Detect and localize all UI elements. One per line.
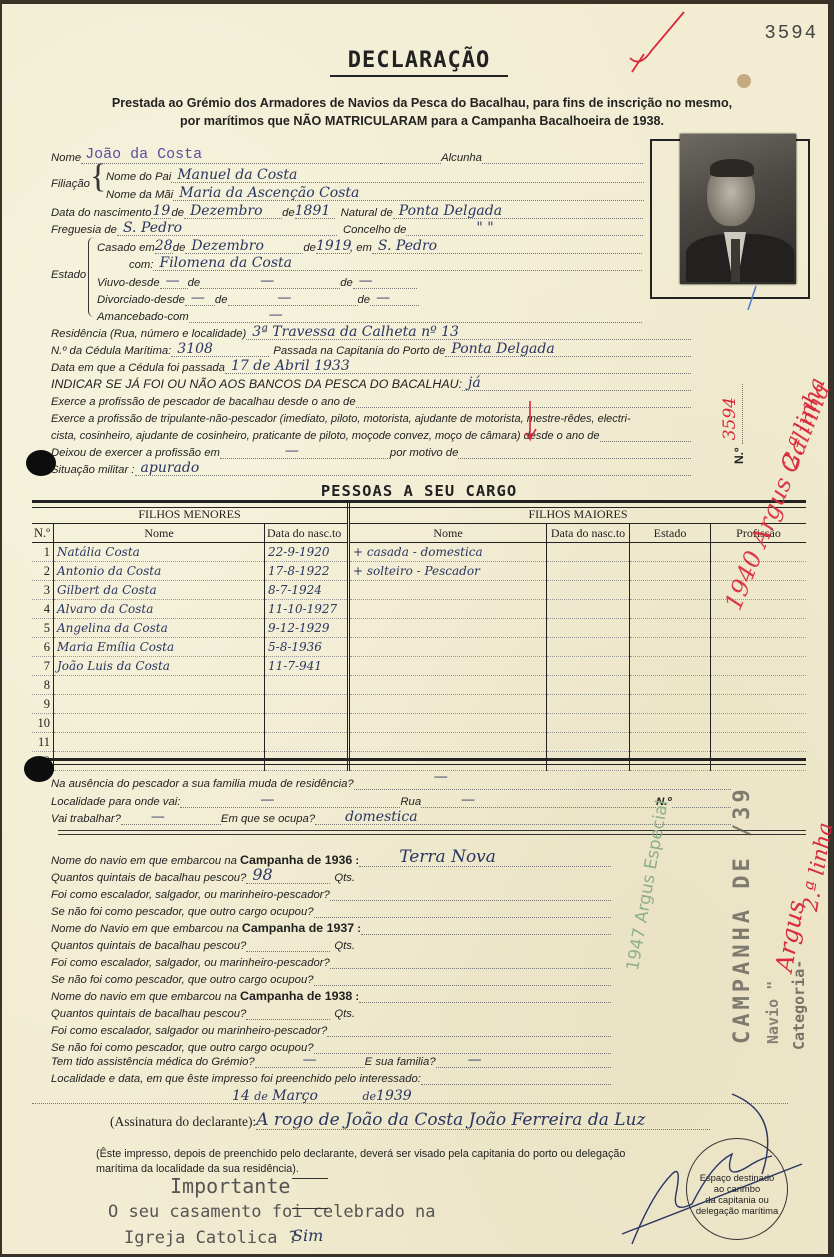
menor-nome-cell-value: Maria Emília Costa — [54, 640, 174, 654]
divorciado-ano-input[interactable]: — — [370, 291, 419, 306]
casado-local-input[interactable]: S. Pedro — [372, 239, 642, 254]
field-localidade-data: Localidade e data, em que êste impresso … — [51, 1067, 611, 1085]
row-number-value: 1 — [44, 545, 50, 559]
photo-tie — [731, 239, 740, 282]
table-bottom-rule — [32, 758, 806, 765]
side-number-field: N.º 3594 — [730, 384, 746, 464]
photo-hair — [710, 159, 754, 177]
militar-value: apurado — [141, 460, 200, 476]
filiacao-brace: { — [90, 160, 106, 194]
maior-nome-cell[interactable] — [349, 733, 547, 752]
menor-data-cell[interactable]: 11-10-1927 — [265, 600, 349, 619]
field-com: com: Filomena da Costa — [129, 253, 642, 271]
data-preenchimento-value: 14 de Março de1939 — [232, 1088, 412, 1104]
field-localidade: Localidade para onde vai: — Rua — N.º — [51, 790, 731, 808]
field-assistencia: Tem tido assistência médica do Grémio? —… — [51, 1050, 611, 1068]
green-note: 1947 Argus Especial — [624, 851, 664, 972]
official-signature-icon — [612, 1084, 812, 1254]
data-cedula-input[interactable]: 17 de Abril 1933 — [225, 359, 691, 374]
numero-input[interactable] — [672, 793, 731, 808]
col-estado: Estado — [630, 524, 711, 543]
maior-data-cell[interactable] — [547, 638, 630, 657]
passada-value: Ponta Delgada — [451, 341, 554, 357]
table-row: 4Alvaro da Costa11-10-1927 — [32, 600, 806, 619]
divorciado-dash: — — [278, 290, 292, 306]
row-number: 7 — [32, 657, 54, 676]
menor-data-cell-value: 11-7-941 — [265, 659, 322, 673]
natural-value: Ponta Delgada — [399, 203, 502, 219]
field-bancos: INDICAR SE JÁ FOI OU NÃO AOS BANCOS DA P… — [51, 373, 691, 391]
motivo-input[interactable] — [458, 444, 691, 459]
document-number: 3594 — [764, 22, 818, 44]
mae-label: Nome da Mãi — [106, 189, 173, 201]
row-number-value: 11 — [38, 735, 50, 749]
maior-nome-cell-value — [350, 735, 353, 749]
viuvo-dash: — — [359, 273, 373, 289]
row-number: 11 — [32, 733, 54, 752]
menor-nome-cell[interactable]: Antonio da Costa — [54, 562, 265, 581]
cedula-value: 3108 — [177, 341, 213, 357]
escalador-input[interactable] — [330, 954, 611, 969]
menor-data-cell[interactable] — [265, 695, 349, 714]
maior-nome-cell[interactable]: + casada - domestica — [349, 543, 547, 562]
cedula-input[interactable]: 3108 — [171, 342, 269, 357]
maior-profissao-cell[interactable] — [711, 714, 807, 733]
row-number-value: 5 — [44, 621, 50, 635]
maior-nome-cell-value: + casada - domestica — [350, 545, 483, 559]
row-number-value: 9 — [44, 697, 50, 711]
outro-cargo-input[interactable] — [314, 903, 611, 918]
menor-nome-cell-value: Natália Costa — [54, 545, 140, 559]
menor-nome-cell[interactable] — [54, 695, 265, 714]
menor-data-cell[interactable]: 17-8-1922 — [265, 562, 349, 581]
casado-ano-input[interactable]: 1919 — [316, 239, 350, 254]
campaign-quintais-row: Quantos quintais de bacalhau pescou?Qts. — [51, 934, 611, 952]
campaign-outro-row: Se não foi como pescador, que outro carg… — [51, 900, 611, 918]
maior-nome-cell[interactable] — [349, 657, 547, 676]
trabalhar-input[interactable]: — — [121, 810, 221, 825]
field-residencia: Residência (Rua, número e localidade) 3ª… — [51, 322, 691, 340]
ausencia-value: — — [434, 769, 448, 785]
maior-nome-cell-value — [350, 640, 353, 654]
ausencia-label: Na ausência do pescador a sua familia mu… — [51, 778, 354, 790]
maior-data-cell[interactable] — [547, 695, 630, 714]
trabalhar-label: Vai trabalhar? — [51, 813, 121, 825]
menor-data-cell[interactable] — [265, 714, 349, 733]
campanha-label: Campanha de 1938 — [240, 989, 352, 1003]
row-number-value: 3 — [44, 583, 50, 597]
ausencia-input[interactable]: — — [354, 775, 731, 790]
menor-data-cell-value — [265, 678, 268, 692]
table-row: 11 — [32, 733, 806, 752]
importante-title: Importante — [170, 1174, 290, 1198]
nascimento-ano-value: 1891 — [295, 203, 331, 219]
menor-data-cell-value — [265, 735, 268, 749]
table-row: 10 — [32, 714, 806, 733]
table-row: 6Maria Emília Costa5-8-1936 — [32, 638, 806, 657]
menor-nome-cell[interactable] — [54, 733, 265, 752]
instruction-note: (Êste impresso, depois de preenchido pel… — [96, 1147, 656, 1177]
col-n: N.º — [32, 524, 54, 543]
row-number: 9 — [32, 695, 54, 714]
maior-estado-cell[interactable] — [630, 581, 711, 600]
campaign-escalador-row: Foi como escalador, salgador, ou marinhe… — [51, 883, 611, 901]
rua-input[interactable]: — — [421, 793, 656, 808]
menor-data-cell-value — [265, 716, 268, 730]
menor-data-cell[interactable]: 11-7-941 — [265, 657, 349, 676]
bancos-label: INDICAR SE JÁ FOI OU NÃO AOS BANCOS DA P… — [51, 377, 462, 391]
nascimento-ano-input[interactable]: 1891 — [295, 204, 335, 219]
stamp-navio: Navio " — [764, 981, 782, 1044]
importante-line-1: O seu casamento foi celebrado na — [108, 1202, 436, 1222]
row-number-value: 8 — [44, 678, 50, 692]
menor-data-cell[interactable]: 22-9-1920 — [265, 543, 349, 562]
nascimento-dia-input[interactable]: 19 — [151, 204, 171, 219]
menor-nome-cell-value — [54, 697, 57, 711]
field-pai: Nome do Pai Manuel da Costa — [106, 165, 644, 183]
maior-estado-cell[interactable] — [630, 543, 711, 562]
side-number-value: 3594 — [720, 397, 740, 440]
escalador-input[interactable] — [327, 1022, 611, 1037]
table-row: 5Angelina da Costa9-12-1929 — [32, 619, 806, 638]
menor-data-cell-value — [265, 697, 268, 711]
menor-nome-cell-value — [54, 735, 57, 749]
field-militar: Situação militar : apurado — [51, 458, 691, 476]
divorciado-dash: — — [191, 290, 205, 306]
campaign-navio-row: Nome do navio em que embarcou na Campanh… — [51, 849, 611, 867]
tripulante-input[interactable] — [600, 427, 692, 442]
maior-profissao-cell[interactable] — [711, 733, 807, 752]
field-nome: Nome João da Costa Alcunha — [51, 146, 643, 164]
table-row: 2Antonio da Costa17-8-1922+ solteiro - P… — [32, 562, 806, 581]
divorciado-mes-input[interactable]: — — [228, 291, 358, 306]
row-number: 4 — [32, 600, 54, 619]
intro-line-1: Prestada ao Grémio dos Armadores de Navi… — [32, 94, 812, 112]
menor-data-cell-value: 11-10-1927 — [265, 602, 337, 616]
nascimento-mes-value: Dezembro — [190, 203, 263, 219]
maior-profissao-cell[interactable] — [711, 619, 807, 638]
com-value: Filomena da Costa — [159, 255, 292, 271]
maior-data-cell[interactable] — [547, 543, 630, 562]
menor-data-cell-value: 22-9-1920 — [265, 545, 330, 559]
punch-hole — [24, 756, 54, 782]
row-number: 3 — [32, 581, 54, 600]
quintais-value: 98 — [252, 865, 272, 884]
maior-nome-cell[interactable] — [349, 581, 547, 600]
page-title: DECLARAÇÃO — [2, 48, 834, 73]
col-data-maiores: Data do nasc.to — [547, 524, 630, 543]
mae-value: Maria da Ascenção Costa — [179, 185, 359, 201]
blue-mark-icon — [742, 284, 762, 314]
maior-nome-cell-value — [350, 621, 353, 635]
maior-profissao-cell[interactable] — [711, 638, 807, 657]
casado-mes-input[interactable]: Dezembro — [185, 239, 303, 254]
data-cedula-value: 17 de Abril 1933 — [231, 358, 350, 374]
maior-estado-cell[interactable] — [630, 695, 711, 714]
menor-data-cell-value: 5-8-1936 — [265, 640, 322, 654]
maior-estado-cell[interactable] — [630, 638, 711, 657]
navio-input[interactable] — [359, 988, 611, 1003]
maior-estado-cell[interactable] — [630, 733, 711, 752]
maior-profissao-cell[interactable] — [711, 657, 807, 676]
ocupa-label: Em que se ocupa? — [221, 813, 315, 825]
freguesia-input[interactable]: S. Pedro — [117, 221, 337, 236]
alcunha-label: Alcunha — [441, 152, 482, 164]
casado-local-value: S. Pedro — [378, 238, 437, 254]
navio-value: Terra Nova — [399, 847, 496, 867]
maior-data-cell[interactable] — [547, 619, 630, 638]
menor-nome-cell-value: Antonio da Costa — [54, 564, 161, 578]
stamp-campanha: CAMPANHA DE /39 — [730, 785, 755, 1044]
menor-data-cell[interactable]: 5-8-1936 — [265, 638, 349, 657]
field-freguesia: Freguesia de S. Pedro Concelho de " " — [51, 218, 643, 236]
quintais-input[interactable] — [246, 1005, 330, 1020]
field-trabalhar: Vai trabalhar? — Em que se ocupa? domest… — [51, 807, 731, 825]
freguesia-label: Freguesia de — [51, 224, 117, 236]
maior-estado-cell[interactable] — [630, 657, 711, 676]
campaign-escalador-row: Foi como escalador, salgador ou marinhei… — [51, 1019, 611, 1037]
viuvo-dash: — — [166, 273, 180, 289]
row-number: 6 — [32, 638, 54, 657]
maior-nome-cell[interactable] — [349, 638, 547, 657]
field-data-cedula: Data em que a Cédula foi passada 17 de A… — [51, 356, 691, 374]
nascimento-mes-input[interactable]: Dezembro — [184, 204, 282, 219]
viuvo-dash: — — [260, 273, 274, 289]
intro-text: Prestada ao Grémio dos Armadores de Navi… — [32, 94, 812, 130]
importante-line-2: Igreja Catolica ? — [124, 1228, 298, 1248]
maior-data-cell[interactable] — [547, 581, 630, 600]
field-nascimento: Data do nascimento 19 de Dezembro de 189… — [51, 201, 643, 219]
menor-nome-cell-value — [54, 678, 57, 692]
table-row: 9 — [32, 695, 806, 714]
row-number: 10 — [32, 714, 54, 733]
field-cedula: N.º da Cédula Marítima: 3108 Passada na … — [51, 339, 691, 357]
maior-estado-cell[interactable] — [630, 619, 711, 638]
menor-data-cell-value: 9-12-1929 — [265, 621, 330, 635]
amancebado-input[interactable]: — — [189, 308, 642, 323]
maior-data-cell[interactable] — [547, 676, 630, 695]
col-nome-maiores: Nome — [349, 524, 547, 543]
estado-brace — [88, 237, 95, 317]
assistencia-input[interactable]: — — [255, 1053, 365, 1068]
viuvo-mes-input[interactable]: — — [200, 274, 340, 289]
maior-data-cell[interactable] — [547, 657, 630, 676]
menor-data-cell[interactable]: 8-7-1924 — [265, 581, 349, 600]
menor-data-cell-value: 17-8-1922 — [265, 564, 330, 578]
field-tripulante-2: cista, cosinheiro, ajudante de cosinheir… — [51, 424, 691, 442]
residencia-input[interactable]: 3ª Travessa da Calheta nº 13 — [246, 325, 691, 340]
importante-answer: Sim — [292, 1226, 323, 1245]
rua-value: — — [461, 792, 475, 808]
row-number: 1 — [32, 543, 54, 562]
trabalhar-value: — — [151, 809, 165, 825]
assistencia-value: — — [303, 1052, 317, 1068]
menor-nome-cell[interactable]: Gilbert da Costa — [54, 581, 265, 600]
localidade-input[interactable]: — — [180, 793, 400, 808]
maior-nome-cell[interactable] — [349, 600, 547, 619]
maior-estado-cell[interactable] — [630, 714, 711, 733]
section-title-pessoas: PESSOAS A SEU CARGO — [2, 482, 834, 500]
row-number: 8 — [32, 676, 54, 695]
maior-data-cell[interactable] — [547, 714, 630, 733]
campaign-quintais-row: Quantos quintais de bacalhau pescou?Qts. — [51, 1002, 611, 1020]
deixou-input[interactable]: — — [220, 444, 390, 459]
concelho-input[interactable]: " " — [406, 221, 643, 236]
maior-nome-cell-value — [350, 697, 353, 711]
menor-data-cell[interactable]: 9-12-1929 — [265, 619, 349, 638]
maior-nome-cell-value — [350, 583, 353, 597]
deixou-value: — — [285, 443, 299, 459]
stain — [737, 74, 751, 88]
menor-data-cell[interactable] — [265, 676, 349, 695]
viuvo-dia-input[interactable]: — — [160, 274, 188, 289]
field-divorciado: Divorciado-desde — de — de — — [97, 288, 419, 306]
navio-input[interactable]: Terra Nova — [359, 852, 611, 867]
table-row: 1Natália Costa22-9-1920+ casada - domest… — [32, 543, 806, 562]
menor-nome-cell[interactable]: Natália Costa — [54, 543, 265, 562]
table-row: 7João Luis da Costa11-7-941 — [32, 657, 806, 676]
localidade-data-label: Localidade e data, em que êste impresso … — [51, 1073, 421, 1085]
assinatura-label: (Assinatura do declarante): — [110, 1114, 256, 1130]
pai-value: Manuel da Costa — [177, 167, 297, 183]
row-number-value: 4 — [44, 602, 50, 616]
header-filhos-maiores: FILHOS MAIORES — [349, 501, 807, 524]
menor-nome-cell[interactable]: Alvaro da Costa — [54, 600, 265, 619]
nome-label: Nome — [51, 152, 81, 164]
militar-input[interactable]: apurado — [135, 461, 691, 476]
intro-line-2: por marítimos que NÃO MATRICULARAM para … — [32, 112, 812, 130]
residencia-value: 3ª Travessa da Calheta nº 13 — [252, 324, 459, 340]
field-deixou: Deixou de exercer a profissão em — por m… — [51, 441, 691, 459]
localidade-value: — — [260, 792, 274, 808]
assinatura-value: A rogo de João da Costa João Ferreira da… — [256, 1110, 645, 1130]
maior-data-cell[interactable] — [547, 600, 630, 619]
bancos-input[interactable]: já — [462, 376, 691, 391]
campaign-navio-row: Nome do navio em que embarcou na Campanh… — [51, 985, 611, 1003]
punch-hole — [26, 450, 56, 476]
quintais-input[interactable] — [246, 937, 330, 952]
menor-nome-cell[interactable]: Angelina da Costa — [54, 619, 265, 638]
maior-data-cell[interactable] — [547, 562, 630, 581]
passada-input[interactable]: Ponta Delgada — [445, 342, 691, 357]
campaign-navio-row: Nome do Navio em que embarcou na Campanh… — [51, 917, 611, 935]
menor-nome-cell-value: Alvaro da Costa — [54, 602, 153, 616]
maior-nome-cell-value — [350, 678, 353, 692]
maior-profissao-cell[interactable] — [711, 695, 807, 714]
concelho-label: Concelho de — [343, 224, 406, 236]
section-divider — [58, 830, 806, 835]
menor-data-cell[interactable] — [265, 733, 349, 752]
campaign-escalador-row: Foi como escalador, salgador, ou marinhe… — [51, 951, 611, 969]
nascimento-dia-value: 19 — [152, 203, 170, 219]
row-number-value: 2 — [44, 564, 50, 578]
table-row: 3Gilbert da Costa8-7-1924 — [32, 581, 806, 600]
maior-estado-cell[interactable] — [630, 676, 711, 695]
document-page: 3594 DECLARAÇÃO Prestada ao Grémio dos A… — [2, 4, 828, 1254]
casado-ano-value: 1919 — [316, 238, 352, 254]
red-checkmark-icon — [622, 10, 702, 90]
pai-label: Nome do Pai — [106, 171, 171, 183]
outro-cargo-input[interactable] — [314, 971, 611, 986]
bancos-value: já — [468, 375, 481, 391]
table-row: 8 — [32, 676, 806, 695]
quintais-input[interactable]: 98 — [246, 869, 330, 884]
campaign-quintais-row: Quantos quintais de bacalhau pescou?98Qt… — [51, 866, 611, 884]
maior-nome-cell[interactable] — [349, 619, 547, 638]
natural-input[interactable]: Ponta Delgada — [393, 204, 643, 219]
row-number-value: 7 — [44, 659, 50, 673]
maior-nome-cell[interactable]: + solteiro - Pescador — [349, 562, 547, 581]
alcunha-input[interactable] — [482, 149, 643, 164]
ocupa-value: domestica — [345, 809, 417, 825]
dependents-table: FILHOS MENORES FILHOS MAIORES N.º Nome D… — [32, 501, 806, 771]
maior-nome-cell-value: + solteiro - Pescador — [350, 564, 480, 578]
pai-input[interactable]: Manuel da Costa — [171, 168, 644, 183]
estado-label: Estado — [51, 269, 86, 281]
field-amancebado: Amancebado-com — — [97, 305, 642, 323]
maior-nome-cell-value — [350, 659, 353, 673]
field-tripulante-1: Exerce a profissão de tripulante-não-pes… — [51, 407, 691, 425]
casado-dia-input[interactable]: 28 — [155, 239, 173, 254]
casado-mes-value: Dezembro — [191, 238, 264, 254]
field-casado: Casado em 28 de Dezembro de 1919 , em S.… — [97, 236, 642, 254]
maior-nome-cell-value — [350, 716, 353, 730]
menor-nome-cell[interactable] — [54, 714, 265, 733]
menor-nome-cell[interactable]: João Luis da Costa — [54, 657, 265, 676]
title-text: DECLARAÇÃO — [330, 48, 508, 77]
nome-input[interactable]: João da Costa — [81, 149, 381, 164]
divorciado-dash: — — [376, 290, 390, 306]
localidade-data-input[interactable] — [421, 1070, 611, 1085]
maior-nome-cell[interactable] — [349, 714, 547, 733]
menor-nome-cell-value — [54, 716, 57, 730]
menor-data-cell-value: 8-7-1924 — [265, 583, 322, 597]
col-nome-menores: Nome — [54, 524, 265, 543]
row-number-value: 10 — [38, 716, 51, 730]
maior-nome-cell[interactable] — [349, 695, 547, 714]
amancebado-dash: — — [269, 307, 283, 323]
menor-nome-cell[interactable]: Maria Emília Costa — [54, 638, 265, 657]
familia-input[interactable]: — — [436, 1053, 611, 1068]
field-ausencia: Na ausência do pescador a sua familia mu… — [51, 772, 731, 790]
col-data-menores: Data do nasc.to — [265, 524, 349, 543]
campanha-label: Campanha de 1937 — [242, 921, 354, 935]
field-viuvo: Viuvo-desde — de — de — — [97, 271, 417, 289]
row-number: 2 — [32, 562, 54, 581]
stamp-categoria: Categoria- — [790, 960, 808, 1050]
menor-nome-cell-value: Gilbert da Costa — [54, 583, 157, 597]
header-filhos-menores: FILHOS MENORES — [32, 501, 349, 524]
mae-input[interactable]: Maria da Ascenção Costa — [173, 186, 644, 201]
familia-value: — — [468, 1052, 482, 1068]
viuvo-ano-input[interactable]: — — [353, 274, 417, 289]
militar-label: Situação militar : — [51, 464, 135, 476]
casado-dia-value: 28 — [155, 238, 173, 254]
maior-estado-cell[interactable] — [630, 562, 711, 581]
navio-input[interactable] — [361, 920, 611, 935]
menor-nome-cell-value: João Luis da Costa — [54, 659, 170, 673]
row-number: 5 — [32, 619, 54, 638]
com-input[interactable]: Filomena da Costa — [153, 256, 642, 271]
menor-nome-cell[interactable] — [54, 676, 265, 695]
maior-profissao-cell[interactable] — [711, 676, 807, 695]
escalador-input[interactable] — [330, 886, 611, 901]
maior-data-cell[interactable] — [547, 733, 630, 752]
divorciado-dia-input[interactable]: — — [185, 291, 215, 306]
maior-nome-cell[interactable] — [349, 676, 547, 695]
maior-estado-cell[interactable] — [630, 600, 711, 619]
campaign-outro-row: Se não foi como pescador, que outro carg… — [51, 968, 611, 986]
